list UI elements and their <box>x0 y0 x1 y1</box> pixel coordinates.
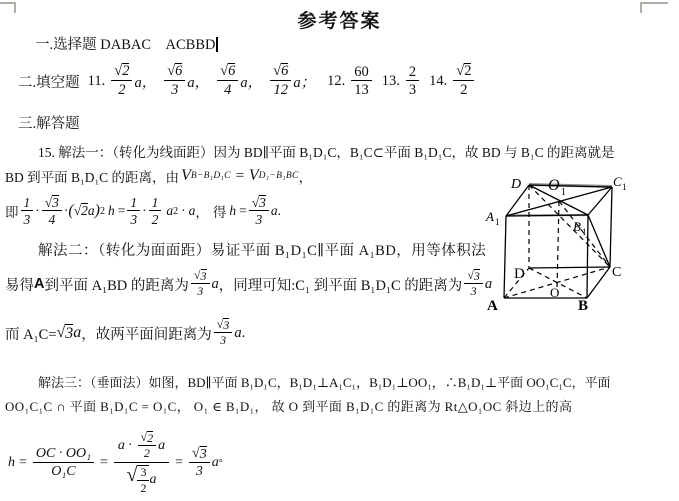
q11-a3: a， <box>240 71 262 92</box>
document-page[interactable]: 参考答案 一.选择题 DABAC ACBBD 二.填空题 11. √22 a， … <box>0 0 679 501</box>
sol2-l2c: ，同理可知:C₁ 到平面 B₁D₁C 的距离为 <box>219 274 463 295</box>
equals3: = <box>239 203 247 219</box>
exponent-2b: 2 <box>173 206 178 217</box>
exponent-2: 2 <box>100 206 105 217</box>
hidden-line-D1C <box>529 185 610 267</box>
sol3-line2: OO₁C₁C ∩ 平面 B₁D₁C = O₁C， O₁ ∈ B₁D₁， 故 O … <box>5 396 572 415</box>
period: . <box>278 203 281 219</box>
fraction-1-3: 13 <box>21 195 34 227</box>
var-a-s1: a <box>212 276 219 293</box>
edge-DC <box>529 267 610 268</box>
sol2-line2: 易得 A 到平面 A₁BD 的距离为 √33 a ，同理可知:C₁ 到平面 B₁… <box>5 264 492 304</box>
label-B: B <box>578 298 588 314</box>
fraction-sqrt3-3-s3: √33 <box>214 318 233 348</box>
q13-number: 13. <box>382 73 400 90</box>
sol2-l2b: 到平面 A₁BD 的距离为 <box>44 274 188 295</box>
label-C: C <box>612 265 621 280</box>
fraction-sqrt3-3-final: √33 <box>189 446 210 480</box>
q11-number: 11. <box>88 73 106 90</box>
prism-figure: D O 1 C 1 A 1 B 1 D C O A B <box>470 160 679 335</box>
sol1-line2: BD 到平面 B₁D₁C 的距离，由 VB−B₁D₁C = VD₁−B₁BC ， <box>5 164 312 188</box>
dot-operator3: · <box>142 203 147 219</box>
label-A1-sub: 1 <box>495 217 500 227</box>
var-a-final: a <box>212 455 219 471</box>
label-B1: B <box>573 219 581 234</box>
sol2-line1: 解法二：（转化为面面距）易证平面 B₁D₁C∥平面 A₁BD，用等体积法 <box>38 239 486 260</box>
sqrt-2a: √2 <box>74 203 88 219</box>
sol2-period: . <box>242 325 246 342</box>
eq-final3: = <box>175 455 183 471</box>
fraction-2-3: 23 <box>406 64 419 98</box>
label-C1-sub: 1 <box>622 182 627 192</box>
fraction-sqrt3-4: √34 <box>42 195 62 228</box>
edge-B1C <box>588 215 610 267</box>
equals-sign: = <box>235 168 245 185</box>
var-a3: a <box>271 203 278 219</box>
label-O: O <box>550 285 559 300</box>
edge-C1C <box>610 187 612 267</box>
volume-V2-sub: D₁−B₁BC <box>259 171 299 181</box>
sol1-eq-ji: 即 <box>5 201 19 221</box>
fraction-1-3b: 13 <box>127 195 140 227</box>
var-a: a <box>88 203 95 219</box>
edge-A1A <box>504 216 506 298</box>
label-D1: D <box>510 177 521 192</box>
q11-a4: a； <box>293 71 315 92</box>
fraction-60-13: 6013 <box>351 64 372 98</box>
q12-number: 12. <box>327 73 345 90</box>
var-a2: a <box>189 203 196 219</box>
equals2: = <box>118 203 126 219</box>
fill-in-answers-line: 二.填空题 11. √22 a， √63 a， √64 a， √612 a； 1… <box>18 56 476 106</box>
fraction-sqrt6-4: √64 <box>217 63 238 98</box>
choice-answers-line: 一.选择题 DABAC ACBBD <box>35 33 218 54</box>
var-a-s4: a <box>234 325 241 342</box>
dot-operator4: · <box>181 203 186 219</box>
q11-a2: a， <box>187 71 209 92</box>
sol2-l2a: 易得 <box>5 274 34 295</box>
volume-V2: V <box>249 167 259 185</box>
var-a-squared: a <box>166 203 173 219</box>
sol1-line2-text: BD 到平面 B₁D₁C 的距离，由 <box>5 166 179 186</box>
choice-answers-text: 一.选择题 DABAC ACBBD <box>35 37 215 53</box>
sqrt-3a: √3 <box>57 324 74 343</box>
label-O1: O <box>548 177 560 194</box>
edge-BC <box>587 267 610 298</box>
var-a-s3: a <box>73 324 81 342</box>
section3-label: 三.解答题 <box>18 112 80 133</box>
eq-final2: = <box>100 455 108 471</box>
sol1-line2-comma: ， <box>299 166 313 186</box>
q14-number: 14. <box>429 73 447 90</box>
fraction-sqrt2-2: √22 <box>111 63 132 98</box>
sol2-line3: 而 A₁C= √3a ，故两平面间距离为 √33 a . <box>5 315 245 351</box>
label-D: D <box>514 266 525 282</box>
var-h-final: h <box>8 455 15 471</box>
var-h2: h <box>229 203 236 219</box>
sqrt-3-2: √32 <box>127 465 150 495</box>
text-cursor <box>216 37 218 52</box>
fill-label: 二.填空题 <box>18 71 80 92</box>
page-title: 参考答案 <box>0 6 679 33</box>
sol1-line1: 15. 解法一：（转化为线面距）因为 BD∥平面 B₁D₁C，B₁C⊂平面 B₁… <box>38 141 614 161</box>
label-B1-sub: 1 <box>582 227 587 237</box>
sol1-de: 得 <box>213 201 227 221</box>
edge-B1B <box>587 215 588 298</box>
eq-final1: = <box>19 455 27 471</box>
fraction-sqrt3-3: √33 <box>249 195 269 228</box>
label-A: A <box>487 298 498 314</box>
fraction-sqrt6-12: √612 <box>270 63 291 98</box>
fraction-sqrt3-3-s1: √33 <box>191 269 210 299</box>
label-O1-sub: 1 <box>561 187 566 198</box>
comma: ， <box>195 201 209 221</box>
fraction-sqrt6-3: √63 <box>164 63 185 98</box>
volume-V1-sub: B−B₁D₁C <box>191 171 231 181</box>
degree-mark: ° <box>219 458 223 469</box>
edge-C1B1 <box>588 187 612 215</box>
sol3-equation: h = OC · OO₁O₁C = a · √22 a √32 a = √33 … <box>8 430 223 496</box>
var-h: h <box>108 203 115 219</box>
point-A-bold: A <box>34 276 44 292</box>
q11-a1: a， <box>134 71 156 92</box>
sol2-l3b: ，故两平面间距离为 <box>81 323 212 344</box>
fraction-1-2: 12 <box>149 195 162 227</box>
fraction-nested: a · √22 a √32 a <box>114 431 169 496</box>
fraction-sqrt2-2-n: √22 <box>138 431 157 461</box>
volume-V1: V <box>181 167 191 185</box>
sol3-line1: 解法三：（垂面法）如图，BD∥平面 B₁D₁C，B₁D₁⊥A₁C₁，B₁D₁⊥O… <box>38 372 611 391</box>
fraction-OC-OO1: OC · OO₁O₁C <box>33 446 94 479</box>
fraction-sqrt2-2b: √22 <box>453 63 474 98</box>
sol1-equation: 即 13 · √34 · ( √2a )2 h = 13 · 12 a2 · a… <box>5 189 281 233</box>
label-A1: A <box>485 209 494 224</box>
label-C1: C <box>613 174 622 189</box>
sol2-l3a: 而 A₁C= <box>5 323 57 344</box>
dot-operator: · <box>35 203 40 219</box>
